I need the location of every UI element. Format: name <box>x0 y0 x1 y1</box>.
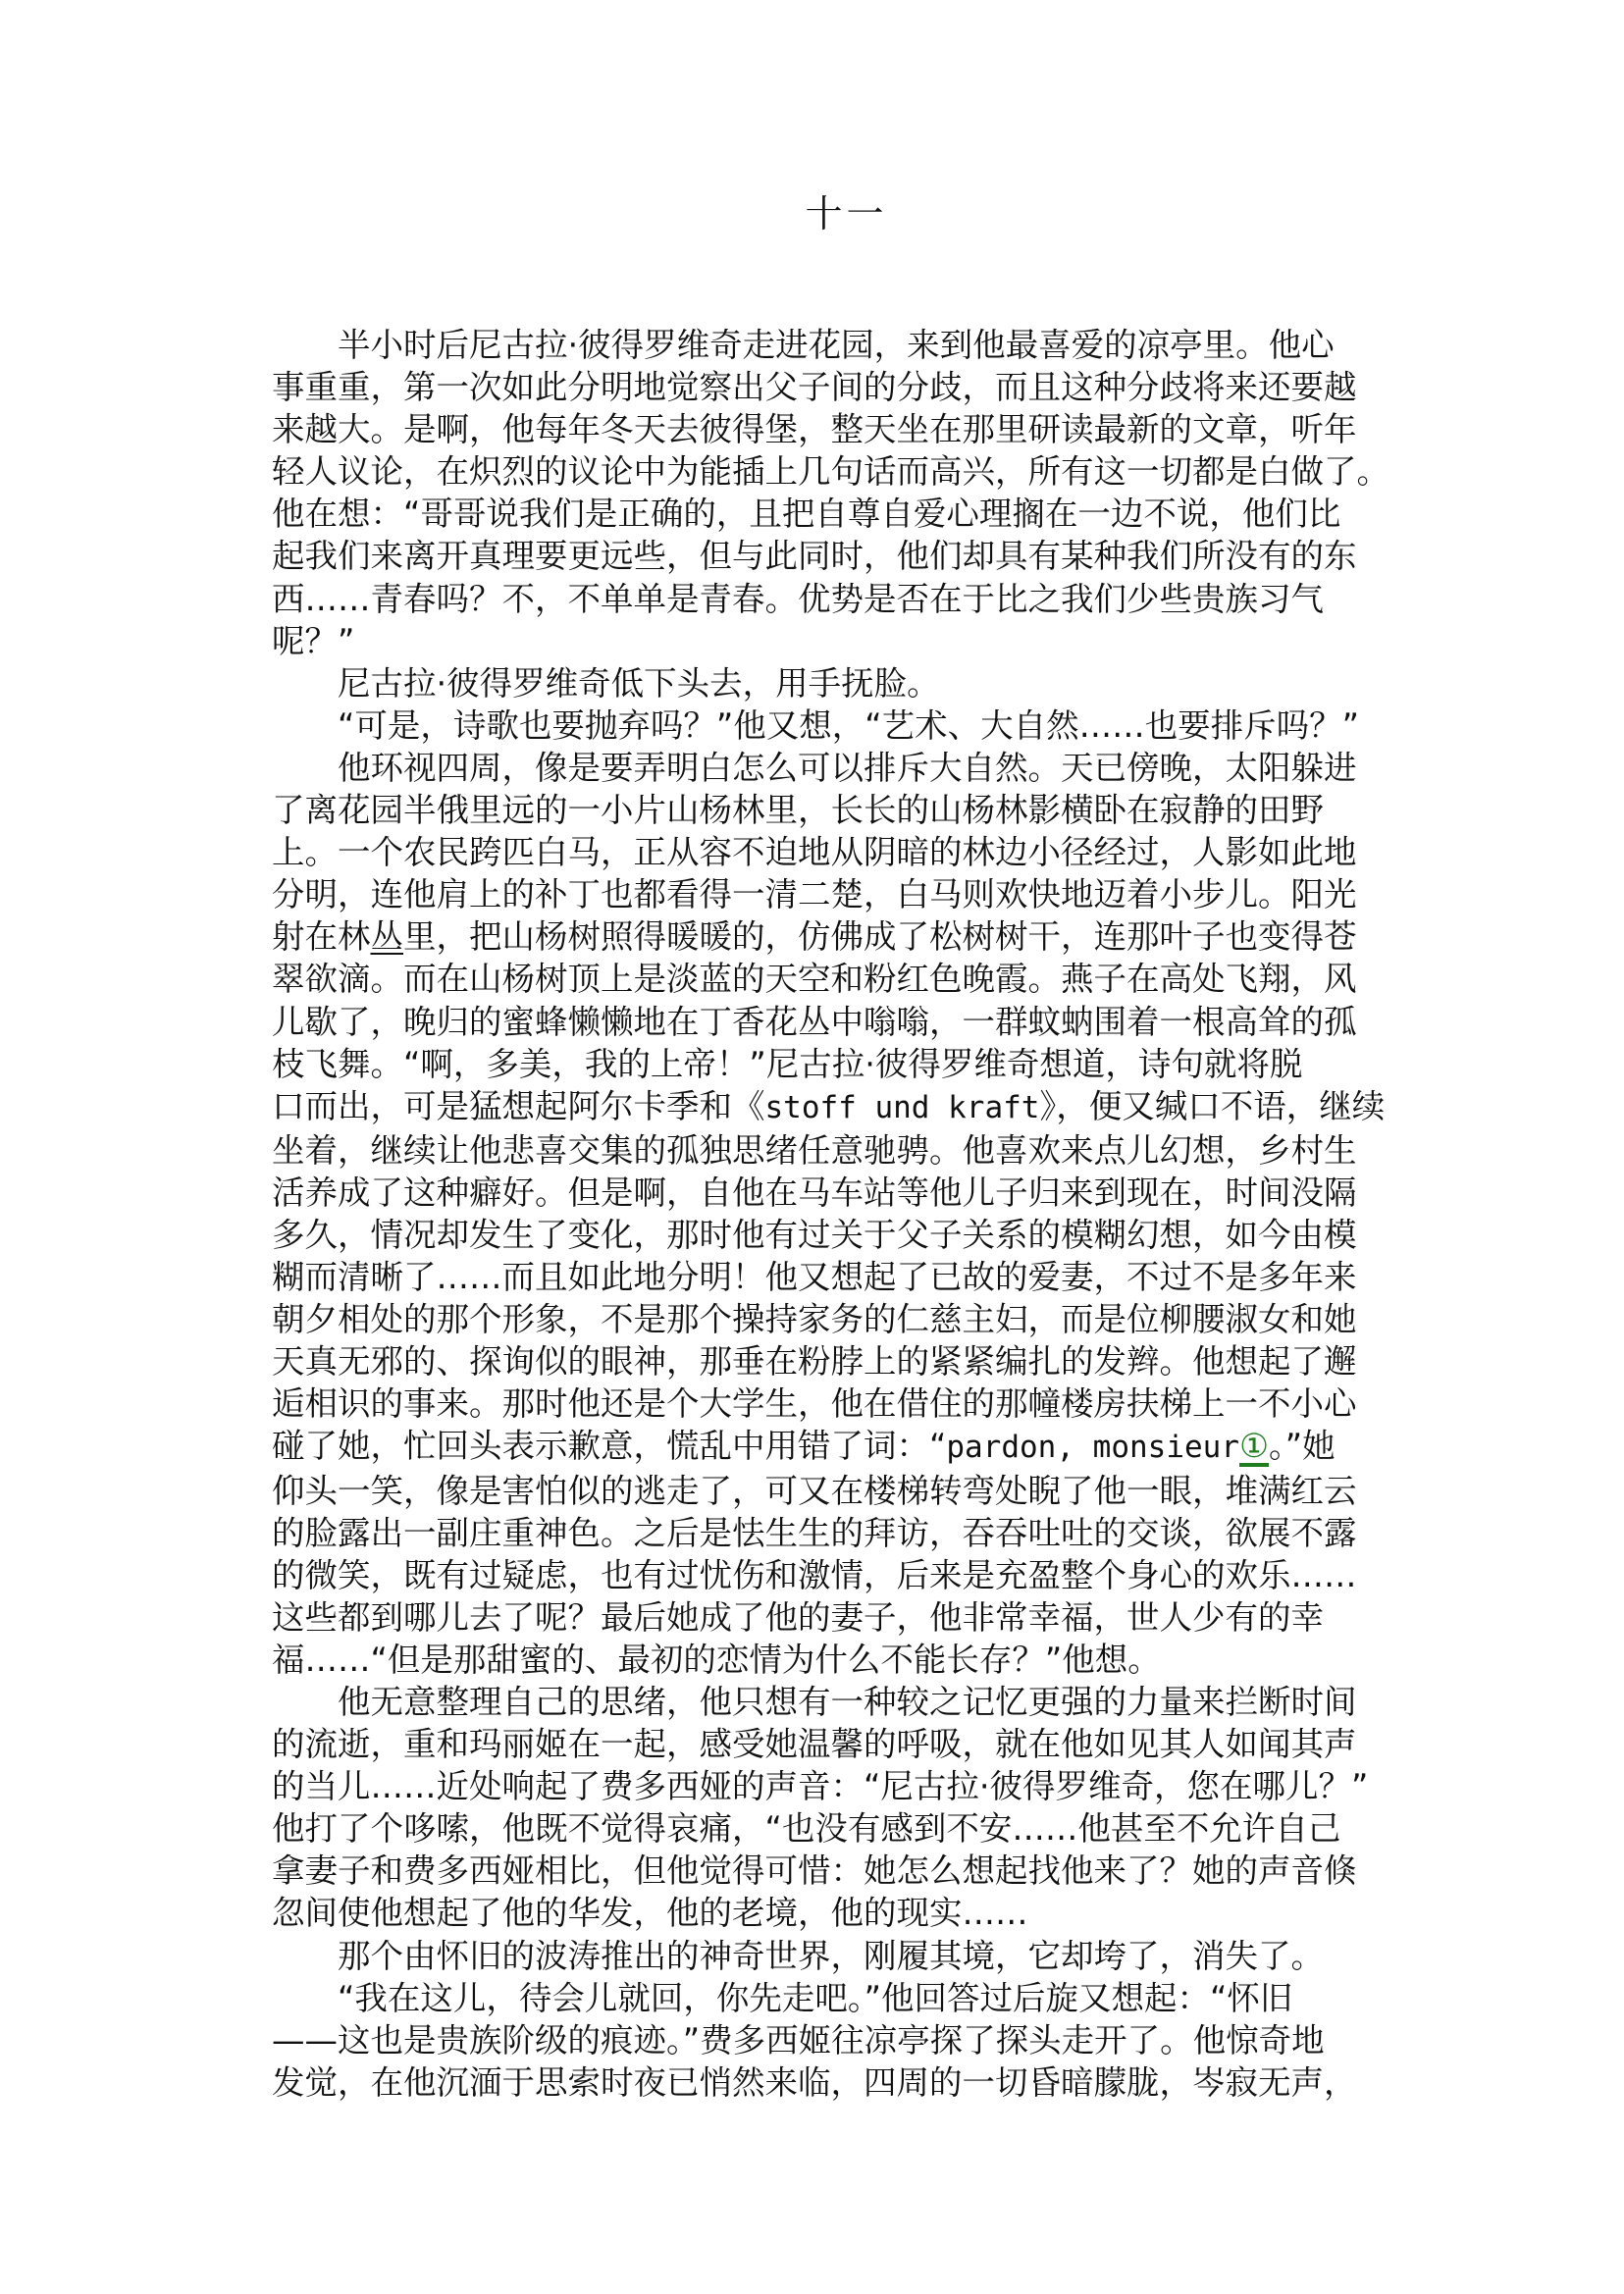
text-line: 忽间使他想起了他的华发，他的老境，他的现实…… <box>272 1892 1351 1934</box>
text-line: 翠欲滴。而在山杨树顶上是淡蓝的天空和粉红色晚霞。燕子在高处飞翔，风 <box>272 958 1351 1000</box>
underlined-term: 丛 <box>371 917 404 956</box>
text-line: 碰了她，忙回头表示歉意，慌乱中用错了词：“pardon, monsieur①。”… <box>272 1425 1351 1469</box>
text-line: 口而出，可是猛想起阿尔卡季和《stoff und kraft》，便又缄口不语，继… <box>272 1085 1351 1129</box>
text-line: 发觉，在他沉湎于思索时夜已悄然来临，四周的一切昏暗朦胧，岑寂无声， <box>272 2061 1351 2104</box>
text-line: 朝夕相处的那个形象，不是那个操持家务的仁慈主妇，而是位柳腰淑女和她 <box>272 1298 1351 1340</box>
latin-phrase: stoff und kraft <box>765 1090 1040 1125</box>
paragraph: “可是，诗歌也要抛弃吗？”他又想，“艺术、大自然……也要排斥吗？” <box>272 704 1351 747</box>
text-line: 枝飞舞。“啊，多美，我的上帝！”尼古拉·彼得罗维奇想道，诗句就将脱 <box>272 1043 1351 1085</box>
text-line: 射在林丛里，把山杨树照得暖暖的，仿佛成了松树树干，连那叶子也变得苍 <box>272 915 1351 958</box>
text-line: 的微笑，既有过疑虑，也有过忧伤和激情，后来是充盈整个身心的欢乐…… <box>272 1554 1351 1596</box>
text-line: 起我们来离开真理要更远些，但与此同时，他们却具有某种我们所没有的东 <box>272 535 1351 577</box>
text-line: 上。一个农民跨匹白马，正从容不迫地从阴暗的林边小径经过，人影如此地 <box>272 831 1351 873</box>
text-line: 那个由怀旧的波涛推出的神奇世界，刚履其境，它却垮了，消失了。 <box>272 1935 1351 1977</box>
text-line: 福……“但是那甜蜜的、最初的恋情为什么不能长存？”他想。 <box>272 1639 1351 1681</box>
text-line: 轻人议论，在炽烈的议论中为能插上几句话而高兴，所有这一切都是白做了。 <box>272 450 1351 493</box>
paragraph: 尼古拉·彼得罗维奇低下头去，用手抚脸。 <box>272 662 1351 704</box>
text-line: 糊而清晰了……而且如此地分明！他又想起了已故的爱妻，不过不是多年来 <box>272 1256 1351 1298</box>
text-line: ——这也是贵族阶级的痕迹。”费多西姬往凉亭探了探头走开了。他惊奇地 <box>272 2019 1351 2061</box>
text-line: “我在这儿，待会儿就回，你先走吧。”他回答过后旋又想起：“怀旧 <box>272 1977 1351 2019</box>
text-line: 这些都到哪儿去了呢？最后她成了他的妻子，他非常幸福，世人少有的幸 <box>272 1596 1351 1639</box>
text-line: 拿妻子和费多西娅相比，但他觉得可惜：她怎么想起找他来了？她的声音倏 <box>272 1850 1351 1892</box>
paragraph: 他环视四周，像是要弄明白怎么可以排斥大自然。天已傍晚，太阳躲进了离花园半俄里远的… <box>272 747 1351 1681</box>
text-line: 来越大。是啊，他每年冬天去彼得堡，整天坐在那里研读最新的文章，听年 <box>272 408 1351 450</box>
text-line: 儿歇了，晚归的蜜蜂懒懒地在丁香花丛中嗡嗡，一群蚊蚋围着一根高耸的孤 <box>272 1001 1351 1043</box>
latin-phrase: pardon, monsieur <box>946 1430 1239 1465</box>
chapter-title: 十一 <box>0 190 1624 237</box>
text-line: 他打了个哆嗦，他既不觉得哀痛，“也没有感到不安……他甚至不允许自己 <box>272 1807 1351 1850</box>
text-line: 坐着，继续让他悲喜交集的孤独思绪任意驰骋。他喜欢来点儿幻想，乡村生 <box>272 1129 1351 1172</box>
text-line: 活养成了这种癖好。但是啊，自他在马车站等他儿子归来到现在，时间没隔 <box>272 1172 1351 1214</box>
text-line: 仰头一笑，像是害怕似的逃走了，可又在楼梯转弯处睨了他一眼，堆满红云 <box>272 1470 1351 1512</box>
text-line: 分明，连他肩上的补丁也都看得一清二楚，白马则欢快地迈着小步儿。阳光 <box>272 873 1351 915</box>
text-line: 他环视四周，像是要弄明白怎么可以排斥大自然。天已傍晚，太阳躲进 <box>272 747 1351 789</box>
paragraph: “我在这儿，待会儿就回，你先走吧。”他回答过后旋又想起：“怀旧——这也是贵族阶级… <box>272 1977 1351 2104</box>
text-line: 了离花园半俄里远的一小片山杨林里，长长的山杨林影横卧在寂静的田野 <box>272 789 1351 831</box>
text-line: 逅相识的事来。那时他还是个大学生，他在借住的那幢楼房扶梯上一不小心 <box>272 1382 1351 1425</box>
text-line: 西……青春吗？不，不单单是青春。优势是否在于比之我们少些贵族习气 <box>272 578 1351 620</box>
text-line: 呢？” <box>272 620 1351 662</box>
text-line: 的当儿……近处响起了费多西娅的声音：“尼古拉·彼得罗维奇，您在哪儿？” <box>272 1765 1351 1807</box>
text-line: 事重重，第一次如此分明地觉察出父子间的分歧，而且这种分歧将来还要越 <box>272 366 1351 408</box>
text-line: 半小时后尼古拉·彼得罗维奇走进花园，来到他最喜爱的凉亭里。他心 <box>272 324 1351 366</box>
paragraph: 他无意整理自己的思绪，他只想有一种较之记忆更强的力量来拦断时间的流逝，重和玛丽姬… <box>272 1681 1351 1935</box>
text-line: 他无意整理自己的思绪，他只想有一种较之记忆更强的力量来拦断时间 <box>272 1681 1351 1723</box>
text-line: 多久，情况却发生了变化，那时他有过关于父子关系的模糊幻想，如今由模 <box>272 1214 1351 1256</box>
text-line: 的脸露出一副庄重神色。之后是怯生生的拜访，吞吞吐吐的交谈，欲展不露 <box>272 1512 1351 1554</box>
text-line: 的流逝，重和玛丽姬在一起，感受她温馨的呼吸，就在他如见其人如闻其声 <box>272 1723 1351 1765</box>
text-line: 他在想：“哥哥说我们是正确的，且把自尊自爱心理搁在一边不说，他们比 <box>272 493 1351 535</box>
text-line: “可是，诗歌也要抛弃吗？”他又想，“艺术、大自然……也要排斥吗？” <box>272 704 1351 747</box>
paragraph: 那个由怀旧的波涛推出的神奇世界，刚履其境，它却垮了，消失了。 <box>272 1935 1351 1977</box>
footnote-ref-1[interactable]: ① <box>1239 1427 1269 1465</box>
text-line: 尼古拉·彼得罗维奇低下头去，用手抚脸。 <box>272 662 1351 704</box>
text-line: 天真无邪的、探询似的眼神，那垂在粉脖上的紧紧编扎的发辫。他想起了邂 <box>272 1340 1351 1382</box>
paragraph: 半小时后尼古拉·彼得罗维奇走进花园，来到他最喜爱的凉亭里。他心事重重，第一次如此… <box>272 324 1351 662</box>
book-page: 十一 半小时后尼古拉·彼得罗维奇走进花园，来到他最喜爱的凉亭里。他心事重重，第一… <box>0 0 1624 2294</box>
body-text: 半小时后尼古拉·彼得罗维奇走进花园，来到他最喜爱的凉亭里。他心事重重，第一次如此… <box>272 324 1351 2104</box>
